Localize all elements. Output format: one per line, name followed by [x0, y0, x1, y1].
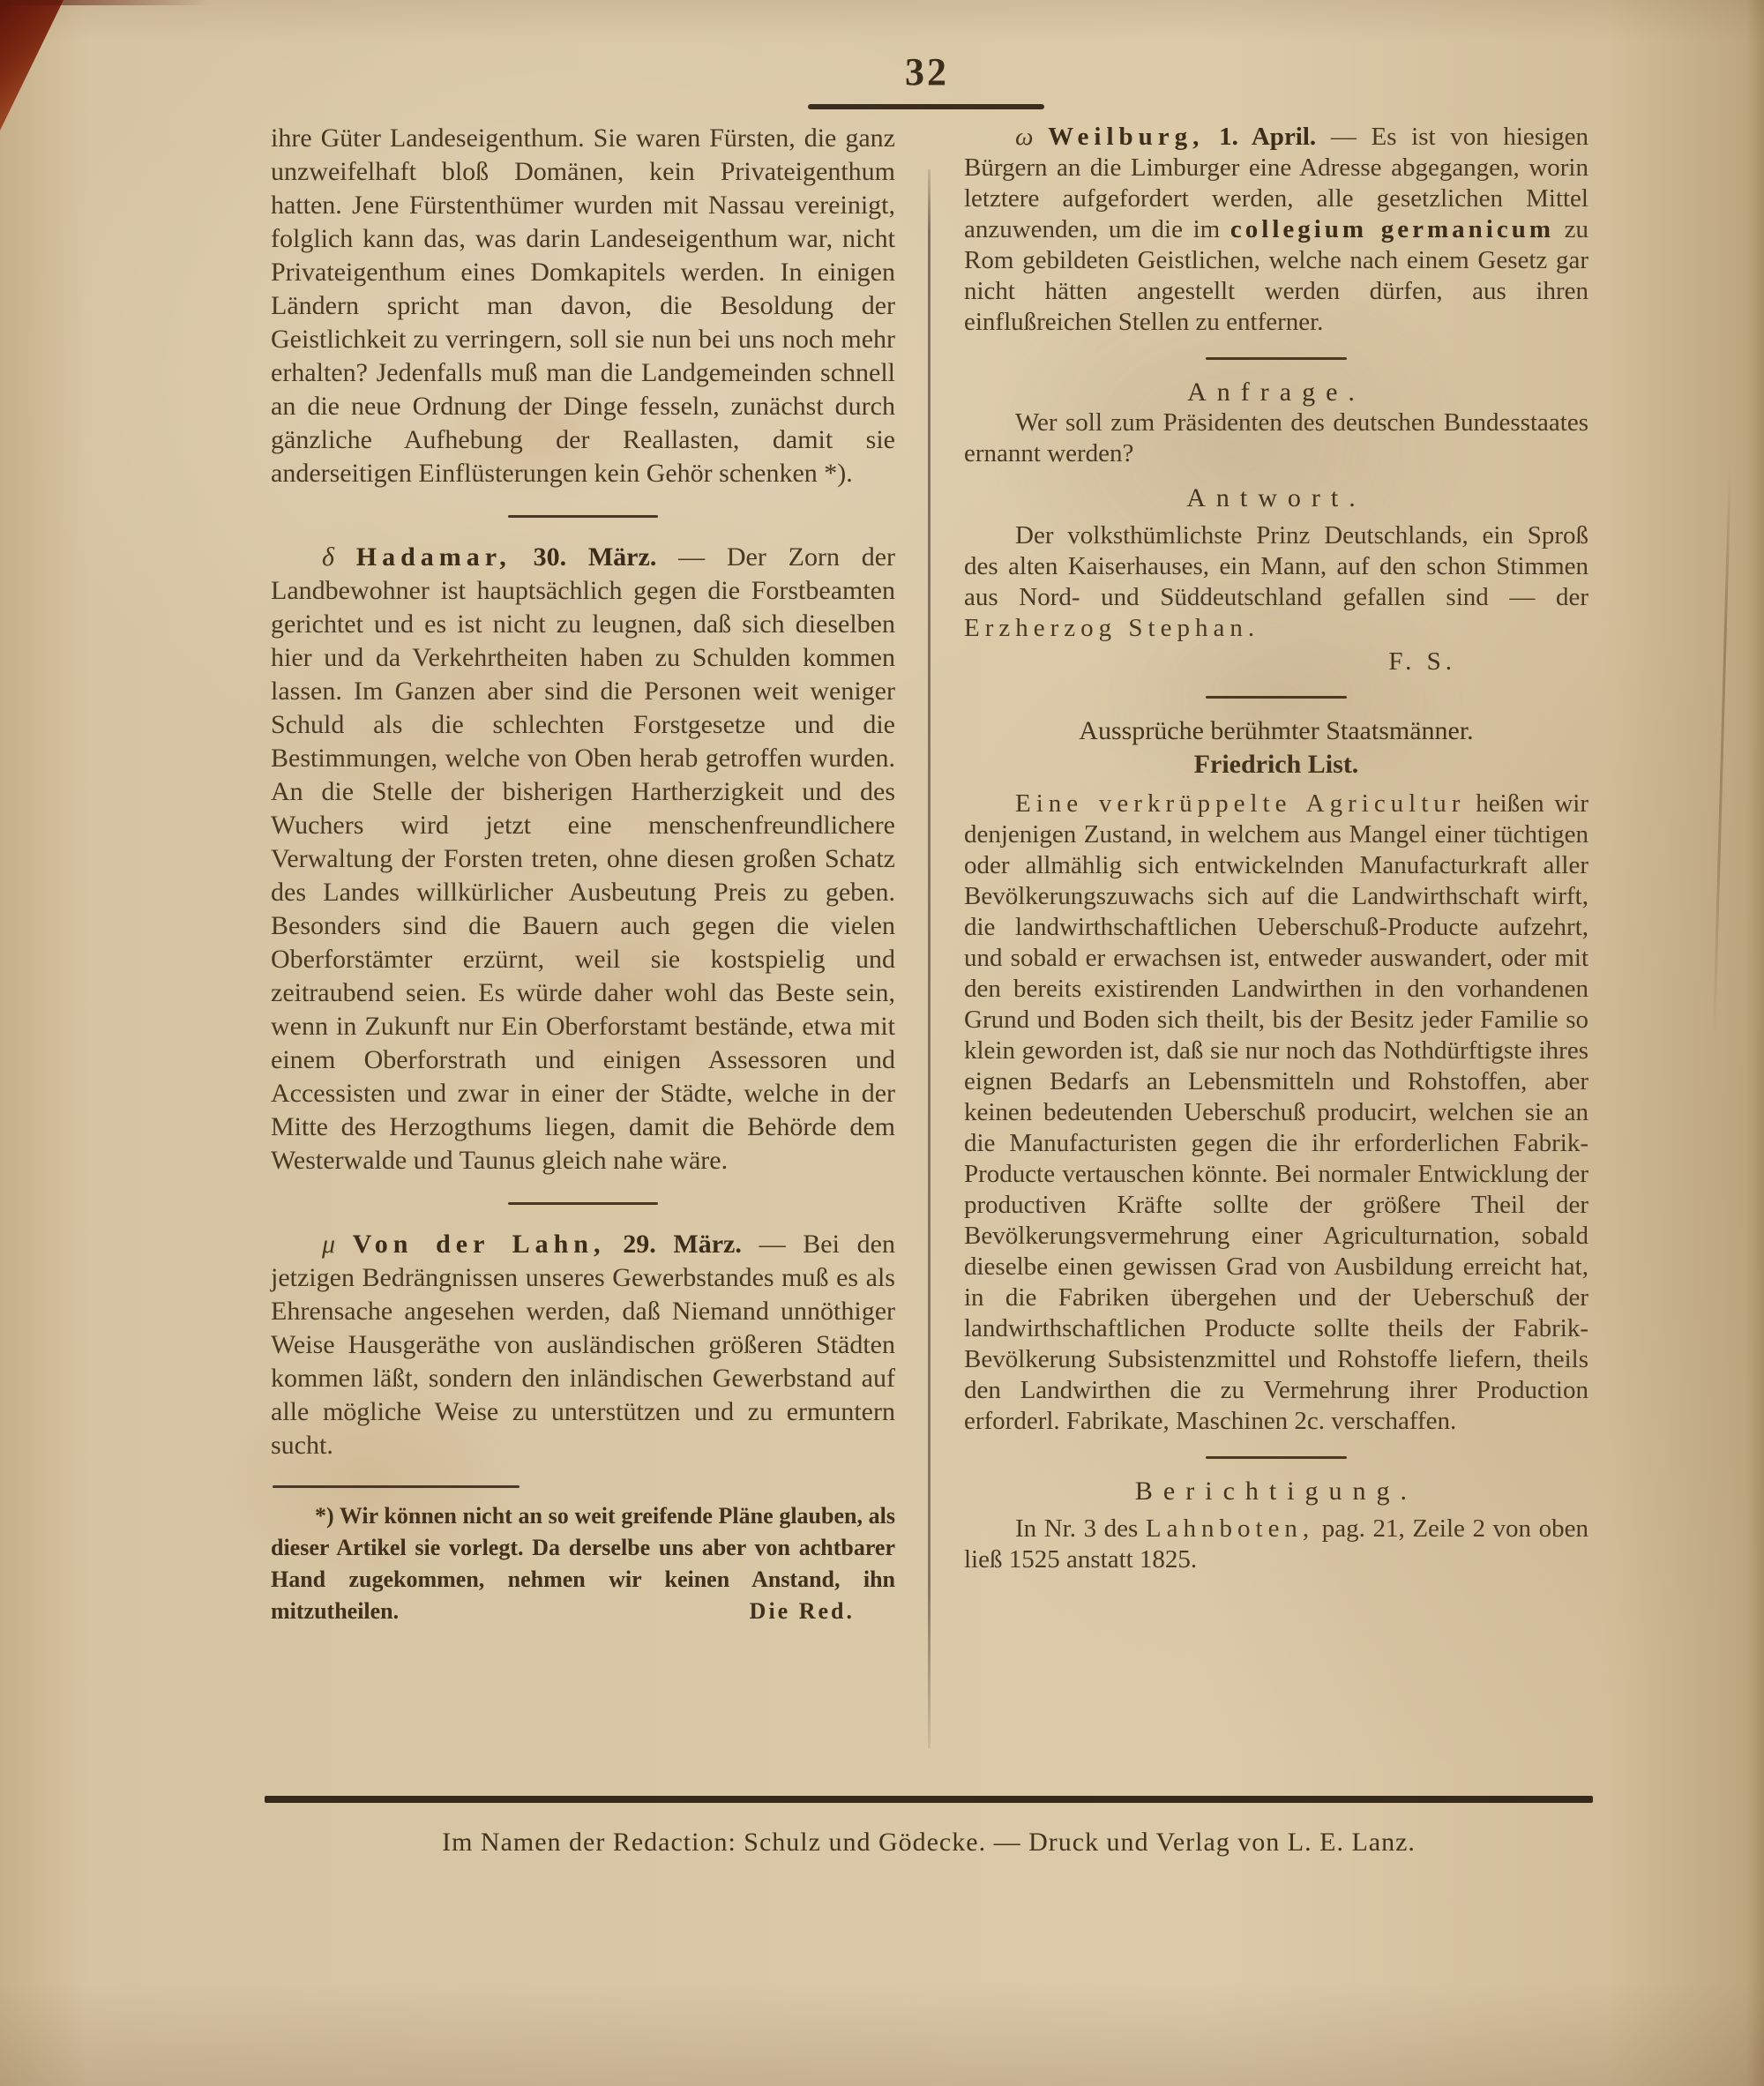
corner-tear-decoration: [0, 0, 64, 131]
article-body: Der Zorn der Landbewohner ist hauptsächl…: [271, 542, 895, 1175]
correction-text: In Nr. 3 des: [1015, 1514, 1138, 1543]
correspondent-siglum: δ: [322, 542, 334, 572]
header-rule: [808, 104, 1044, 109]
section-divider-rule: [1206, 696, 1347, 699]
dateline-date: 29. März.: [623, 1230, 742, 1259]
top-edge-shadow: [0, 0, 212, 5]
latin-term: collegium germanicum: [1230, 215, 1554, 243]
answer-signature: F. S.: [964, 647, 1456, 677]
correspondent-siglum: μ: [322, 1230, 335, 1259]
list-quotation: Eine verkrüppelte Agricultur heißen wir …: [964, 789, 1588, 1437]
ausspruche-heading: Aussprüche berühmter Staatsmänner.: [964, 716, 1588, 746]
article-lahn: μ Von der Lahn, 29. März. — Bei den jetz…: [271, 1228, 895, 1462]
dateline-place: Von der Lahn,: [353, 1230, 606, 1259]
article-continuation: ihre Güter Landeseigenthum. Sie waren Fü…: [271, 122, 895, 490]
footnote-signature: Die Red.: [706, 1596, 855, 1627]
anfrage-question: Wer soll zum Präsidenten des deutschen B…: [964, 407, 1588, 469]
footer-rule: [265, 1796, 1593, 1803]
dateline-dash: —: [1331, 123, 1357, 151]
editorial-footnote: *) Wir können nicht an so weit greifende…: [271, 1500, 895, 1627]
article-body: Bei den jetzigen Bedrängnissen unseres G…: [271, 1230, 895, 1460]
column-divider-rule: [928, 169, 931, 1748]
answer-emphasis: Erzherzog Stephan.: [964, 614, 1259, 642]
right-column: ω Weilburg, 1. April. — Es ist von hiesi…: [964, 122, 1588, 1575]
section-divider-rule: [1206, 357, 1347, 360]
friedrich-list-subheading: Friedrich List.: [964, 750, 1588, 780]
article-hadamar: δ Hadamar, 30. März. — Der Zorn der Land…: [271, 541, 895, 1178]
left-column: ihre Güter Landeseigenthum. Sie waren Fü…: [271, 122, 895, 1627]
footnote-marker: *): [315, 1503, 334, 1529]
newspaper-page: 32 ihre Güter Landeseigenthum. Sie waren…: [0, 0, 1764, 2086]
section-divider-rule: [508, 1202, 658, 1205]
antwort-answer: Der volksthümlichste Prinz Deutschlands,…: [964, 520, 1588, 644]
footnote-rule: [273, 1485, 519, 1488]
quotation-lead: Eine verkrüppelte Agricultur: [1015, 789, 1465, 818]
paper-crease: [1713, 459, 1731, 1041]
berichtigung-body: In Nr. 3 des Lahnboten, pag. 21, Zeile 2…: [964, 1514, 1588, 1575]
dateline-date: 1. April.: [1219, 123, 1316, 151]
correction-publication: Lahnboten,: [1146, 1514, 1314, 1543]
antwort-heading: Antwort.: [964, 483, 1588, 513]
correspondent-siglum: ω: [1015, 123, 1033, 151]
imprint-line: Im Namen der Redaction: Schulz und Gödec…: [265, 1828, 1593, 1858]
quotation-body: heißen wir denjenigen Zustand, in welche…: [964, 789, 1588, 1435]
dateline-place: Hadamar,: [356, 542, 512, 572]
dateline-date: 30. März.: [534, 542, 657, 572]
dateline-dash: —: [678, 542, 705, 572]
article-weilburg: ω Weilburg, 1. April. — Es ist von hiesi…: [964, 122, 1588, 338]
page-number: 32: [811, 49, 1043, 94]
berichtigung-heading: Berichtigung.: [964, 1477, 1588, 1507]
answer-body: Der volksthümlichste Prinz Deutschlands,…: [964, 521, 1588, 611]
section-divider-rule: [1206, 1456, 1347, 1459]
dateline-place: Weilburg,: [1048, 123, 1204, 151]
dateline-dash: —: [759, 1230, 786, 1259]
anfrage-heading: Anfrage.: [964, 378, 1588, 407]
section-divider-rule: [508, 515, 658, 518]
